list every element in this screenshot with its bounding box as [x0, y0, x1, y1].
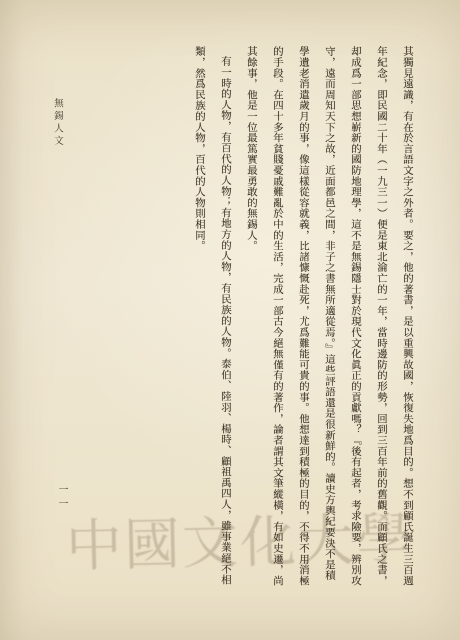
paragraph-2: 有一時的人物，有百代的人物；有地方的人物，有民族的人物。泰伯、陸羽、楊時、顧祖禹… [186, 46, 238, 586]
page-number: 一一 [54, 484, 69, 512]
book-page: 中國文化大學 無錫人文 一一 其獨見遠識，有在於言語文字之外者。要之，他的著書，… [0, 0, 460, 640]
paragraph-1: 其獨見遠識，有在於言語文字之外者。要之，他的著書，是以重興故國，恢復失地爲目的。… [238, 46, 420, 586]
running-header: 無錫人文 [50, 98, 64, 148]
body-text: 其獨見遠識，有在於言語文字之外者。要之，他的著書，是以重興故國，恢復失地爲目的。… [186, 46, 420, 586]
